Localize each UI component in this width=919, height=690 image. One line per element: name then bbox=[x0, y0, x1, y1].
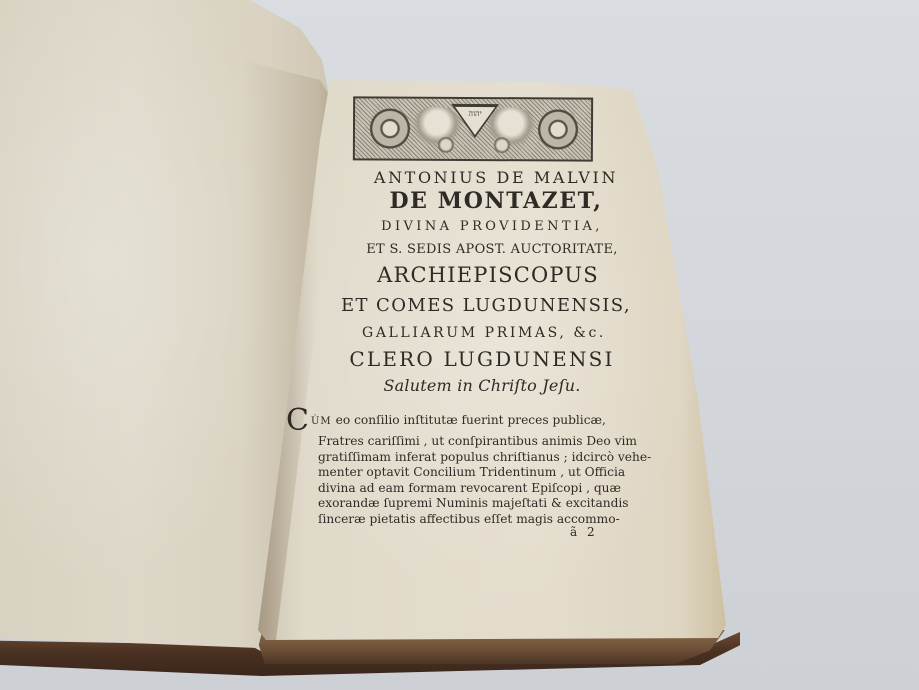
headpiece-ornament: יהוה bbox=[353, 96, 593, 161]
signature-mark: ã 2 bbox=[570, 525, 598, 539]
heading-primate: GALLIARUM PRIMAS, &c. bbox=[304, 325, 664, 341]
body-line: ſinceræ pietatis affectibus eſſet magis … bbox=[286, 512, 666, 528]
cherub-head-right-icon bbox=[493, 137, 511, 153]
heading-providence: DIVINA PROVIDENTIA, bbox=[312, 219, 672, 234]
body-paragraph: CÙMeo conſilio inſtitutæ fuerint preces … bbox=[286, 408, 666, 528]
heading-title-archbishop: ARCHIEPISCOPUS bbox=[308, 263, 668, 287]
heading-salutation: Salutem in Chriſto Jeſu. bbox=[302, 376, 662, 395]
opening-small-caps: ÙM bbox=[311, 416, 332, 427]
heading-surname: DE MONTAZET, bbox=[316, 188, 676, 214]
cherub-head-left-icon bbox=[437, 137, 455, 153]
heading-count: ET COMES LUGDUNENSIS, bbox=[306, 295, 666, 316]
body-line: gratiſſimam inferat populus chriſtianus … bbox=[286, 450, 666, 466]
drop-cap: C bbox=[286, 403, 309, 438]
body-line: Fratres cariſſimi , ut conſpirantibus an… bbox=[286, 434, 666, 450]
body-line: exorandæ ſupremi Numinis majeſtati & exc… bbox=[286, 496, 666, 512]
body-line: menter optavit Concilium Tridentinum , u… bbox=[286, 465, 666, 481]
body-line: divina ad eam formam revocarent Epiſcopi… bbox=[286, 481, 666, 497]
acanthus-scroll-right-icon bbox=[527, 105, 589, 153]
heading-name: ANTONIUS DE MALVIN bbox=[316, 168, 676, 187]
body-line-text: eo conſilio inſtitutæ fuerint preces pub… bbox=[336, 413, 606, 427]
heading-addressee: CLERO LUGDUNENSI bbox=[302, 347, 662, 371]
heading-authority: ET S. SEDIS APOST. AUCTORITATE, bbox=[312, 242, 672, 257]
body-line: CÙMeo conſilio inſtitutæ fuerint preces … bbox=[286, 408, 666, 434]
acanthus-scroll-left-icon bbox=[359, 104, 421, 152]
